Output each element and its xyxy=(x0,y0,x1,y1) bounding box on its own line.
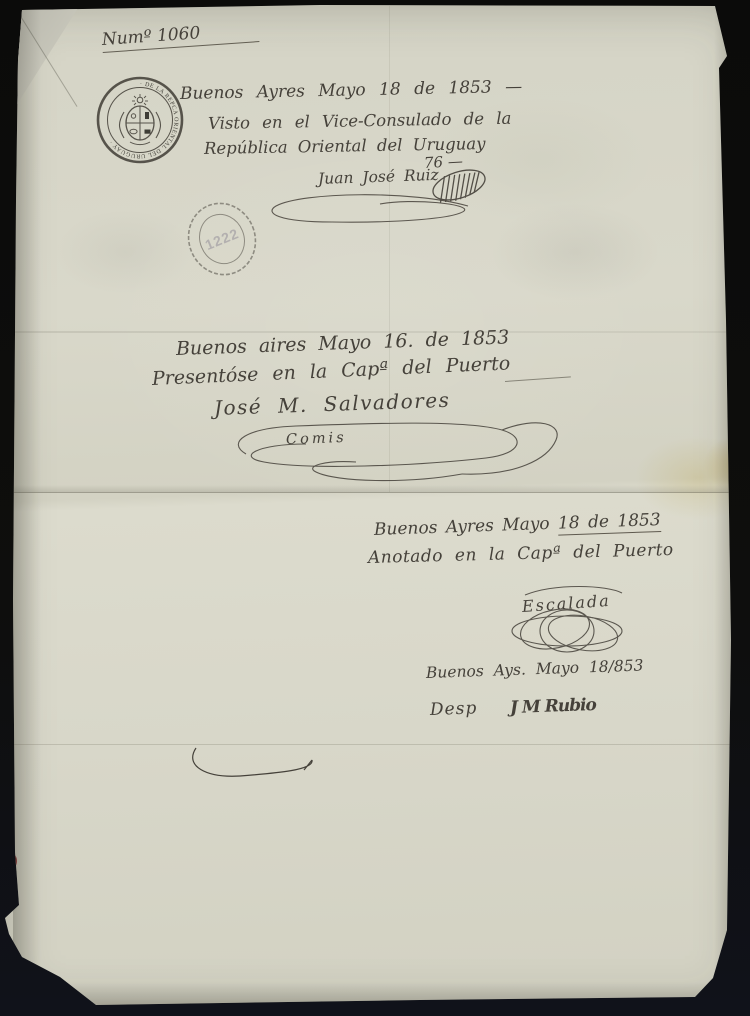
anotacion-date-underlined: 18 de 1853 xyxy=(558,510,661,536)
document-number-text: Numº 1060 xyxy=(101,23,201,50)
left-edge-shading xyxy=(13,0,41,1016)
visto-signature: Juan José Ruiz xyxy=(318,166,439,188)
pen-stroke xyxy=(505,376,571,382)
visto-line2: Visto en el Vice-Consulado de la xyxy=(208,109,512,133)
anotacion-date-line: Buenos Ayres Mayo 18 de 1853 xyxy=(374,510,661,540)
document-number: Numº 1060 xyxy=(101,19,259,53)
svg-text:· DE LA REPCA ORIENTAL DEL URU: · DE LA REPCA ORIENTAL DEL URUGUAY · xyxy=(109,81,179,158)
grand-flourish-icon xyxy=(216,414,566,486)
signature-flourish-icon xyxy=(262,192,480,230)
anotacion-date-prefix: Buenos Ayres Mayo xyxy=(374,514,559,540)
consular-seal-icon: · DE LA REPCA ORIENTAL DEL URUGUAY · xyxy=(96,76,184,164)
despacho-word: Desp xyxy=(430,698,478,720)
presentacion-rubric-word: Comis xyxy=(286,430,347,448)
bottom-edge-shading xyxy=(0,982,750,1008)
fold-crease-middle-shadow xyxy=(6,485,746,492)
despacho-date-line: Buenos Ays. Mayo 18/853 xyxy=(426,656,644,682)
fold-crease-middle xyxy=(6,492,746,493)
port-date-stamp-icon: 1222 xyxy=(174,189,270,288)
anotacion-line2: Anotado en la Capª del Puerto xyxy=(368,540,674,568)
fold-crease-lower xyxy=(6,744,746,745)
right-edge-shading xyxy=(714,0,734,1016)
document-paper: Numº 1060 · DE LA REPCA ORIENTAL DEL URU… xyxy=(0,0,750,1016)
visto-date-line: Buenos Ayres Mayo 18 de 1853 — xyxy=(180,77,523,104)
pencil-mark-icon xyxy=(182,738,327,803)
seal-rim-text: · DE LA REPCA ORIENTAL DEL URUGUAY · xyxy=(109,81,179,158)
red-mark xyxy=(5,853,17,869)
photograph-backdrop: Numº 1060 · DE LA REPCA ORIENTAL DEL URU… xyxy=(0,0,750,1016)
stamp-number: 1222 xyxy=(203,225,242,253)
despacho-signature: J M Rubio xyxy=(510,695,597,718)
